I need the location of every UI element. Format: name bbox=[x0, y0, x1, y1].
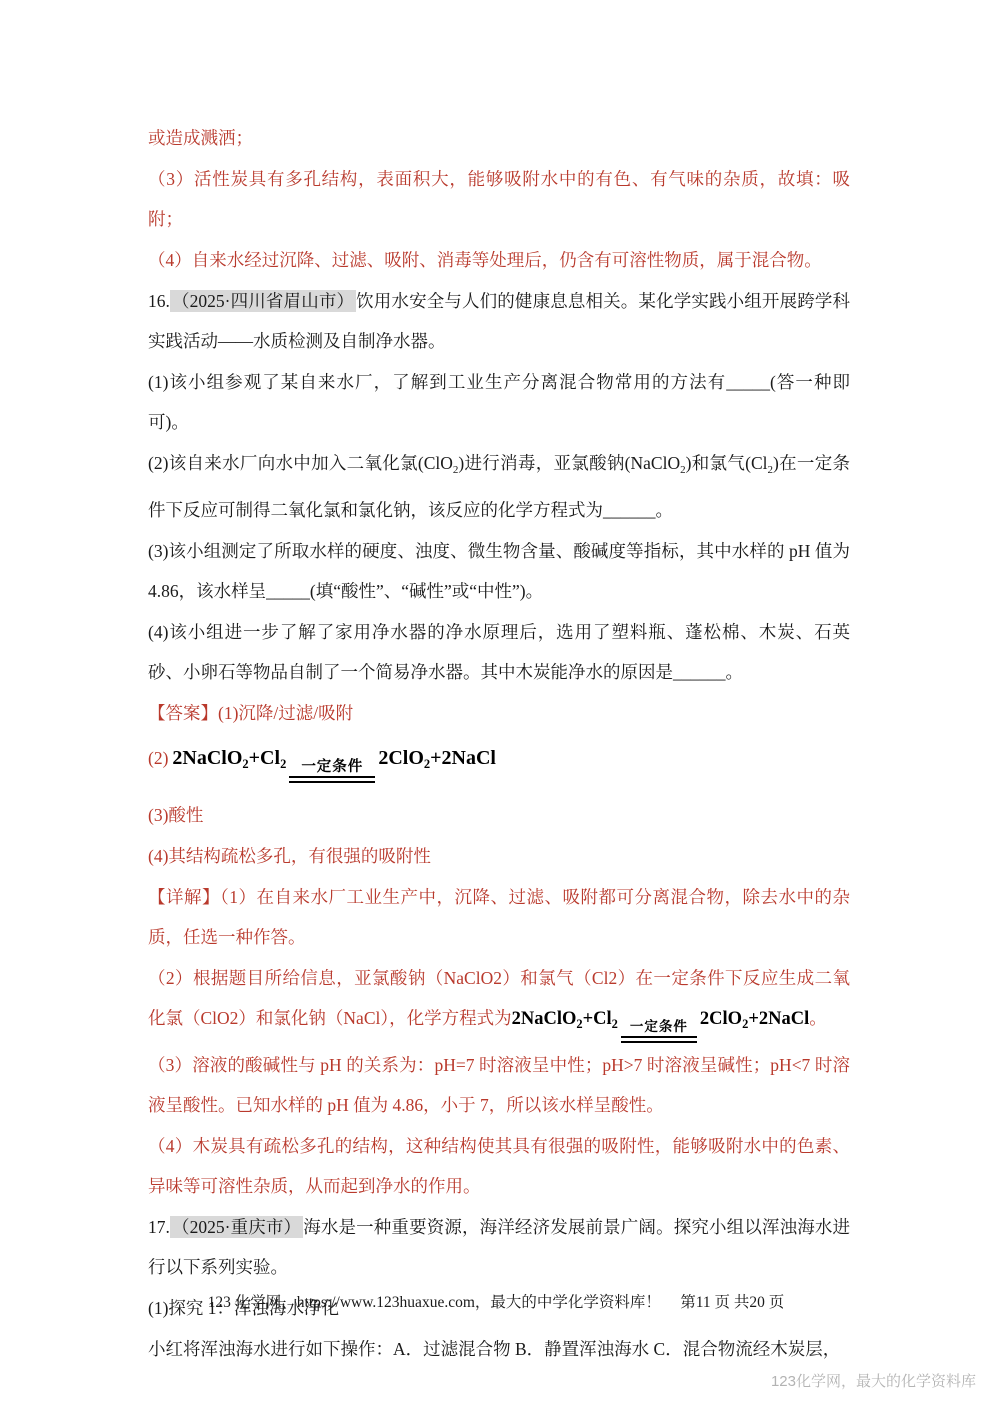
part2-text: (2)该自来水厂向水中加入二氧化氯(ClO bbox=[148, 453, 453, 473]
question-16-source-highlight: （2025·四川省眉山市） bbox=[170, 290, 356, 312]
page-content: 或造成溅洒； （3）活性炭具有多孔结构，表面积大，能够吸附水中的有色、有气味的杂… bbox=[148, 118, 850, 1370]
question-16-part1: (1)该小组参观了某自来水厂，了解到工业生产分离混合物常用的方法有_____(答… bbox=[148, 362, 850, 442]
double-line-equals bbox=[621, 1036, 697, 1043]
answer-16-line1: 【答案】(1)沉降/过滤/吸附 bbox=[148, 693, 850, 733]
equation-rhs: 2ClO bbox=[378, 747, 424, 769]
prev-answer-line-1: 或造成溅洒； bbox=[148, 118, 850, 158]
chemical-equation: 2NaClO2+Cl2一定条件2ClO2+2NaCl bbox=[172, 747, 496, 769]
equation-rhs: +2NaCl bbox=[748, 1009, 809, 1029]
page-footer: 123 化学网，https://www.123huaxue.com，最大的中学化… bbox=[0, 1292, 992, 1314]
equation-lhs: +Cl bbox=[583, 1009, 612, 1029]
chemical-equation-inline: 2NaClO2+Cl2一定条件2ClO2+2NaCl bbox=[512, 1009, 810, 1029]
question-17-stem: 17.（2025·重庆市）海水是一种重要资源，海洋经济发展前景广阔。探究小组以浑… bbox=[148, 1207, 850, 1287]
subscript: 2 bbox=[280, 757, 286, 771]
explain-16-4: （4）木炭具有疏松多孔的结构，这种结构使其具有很强的吸附性，能够吸附水中的色素、… bbox=[148, 1126, 850, 1206]
question-17-source-highlight: （2025·重庆市） bbox=[170, 1216, 303, 1238]
exam-document-page: { "prev_answer": { "line1": "或造成溅洒；", "l… bbox=[0, 0, 992, 1403]
question-16-part2: (2)该自来水厂向水中加入二氧化氯(ClO2)进行消毒，亚氯酸钠(NaClO2)… bbox=[148, 443, 850, 530]
part2-text: )进行消毒，亚氯酸钠(NaClO bbox=[458, 453, 680, 473]
reaction-condition-arrow: 一定条件 bbox=[621, 1019, 697, 1043]
answer-label: 【答案】 bbox=[148, 703, 218, 723]
explain-label: 【详解】 bbox=[148, 887, 220, 907]
answer-16-1: (1)沉降/过滤/吸附 bbox=[218, 703, 353, 723]
question-17-part2: 小红将浑浊海水进行如下操作：A．过滤混合物 B．静置浑浊海水 C．混合物流经木炭… bbox=[148, 1329, 850, 1369]
question-16-part3: (3)该小组测定了所取水样的硬度、浊度、微生物含量、酸碱度等指标，其中水样的 p… bbox=[148, 531, 850, 611]
explain-16-2: （2）根据题目所给信息，亚氯酸钠（NaClO2）和氯气（Cl2）在一定条件下反应… bbox=[148, 958, 850, 1044]
site-watermark: 123化学网，最大的化学资料库 bbox=[771, 1370, 976, 1391]
subscript: 2 bbox=[612, 1017, 618, 1031]
answer-16-3: (3)酸性 bbox=[148, 795, 850, 835]
explain-16-2-end: 。 bbox=[809, 1008, 827, 1028]
answer-16-2-equation-line: (2)2NaClO2+Cl2一定条件2ClO2+2NaCl bbox=[148, 743, 850, 783]
explain-16-1-text: （1）在自来水厂工业生产中，沉降、过滤、吸附都可分离混合物，除去水中的杂质，任选… bbox=[148, 887, 850, 947]
equation-lhs: 2NaClO bbox=[172, 747, 242, 769]
equation-lhs: +Cl bbox=[249, 747, 280, 769]
reaction-condition-label: 一定条件 bbox=[301, 758, 363, 776]
part2-text: )和氯气(Cl bbox=[686, 453, 768, 473]
question-16-part4: (4)该小组进一步了解了家用净水器的净水原理后，选用了塑料瓶、蓬松棉、木炭、石英… bbox=[148, 612, 850, 692]
equation-rhs: +2NaCl bbox=[430, 747, 496, 769]
reaction-condition-arrow: 一定条件 bbox=[289, 758, 375, 783]
double-line-equals bbox=[289, 776, 375, 783]
reaction-condition-label: 一定条件 bbox=[630, 1019, 688, 1036]
equation-lhs: 2NaClO bbox=[512, 1009, 577, 1029]
equation-rhs: 2ClO bbox=[700, 1009, 742, 1029]
question-16-stem: 16.（2025·四川省眉山市）饮用水安全与人们的健康息息相关。某化学实践小组开… bbox=[148, 281, 850, 361]
question-17-number: 17. bbox=[148, 1217, 170, 1237]
answer-16-4: (4)其结构疏松多孔，有很强的吸附性 bbox=[148, 836, 850, 876]
question-16-number: 16. bbox=[148, 291, 170, 311]
explain-16-3: （3）溶液的酸碱性与 pH 的关系为：pH=7 时溶液呈中性；pH>7 时溶液呈… bbox=[148, 1045, 850, 1125]
answer-16-2-label: (2) bbox=[148, 748, 168, 768]
explain-16-1: 【详解】（1）在自来水厂工业生产中，沉降、过滤、吸附都可分离混合物，除去水中的杂… bbox=[148, 877, 850, 957]
prev-answer-line-3: （4）自来水经过沉降、过滤、吸附、消毒等处理后，仍含有可溶性物质，属于混合物。 bbox=[148, 240, 850, 280]
prev-answer-line-2: （3）活性炭具有多孔结构，表面积大，能够吸附水中的有色、有气味的杂质，故填：吸附… bbox=[148, 159, 850, 239]
